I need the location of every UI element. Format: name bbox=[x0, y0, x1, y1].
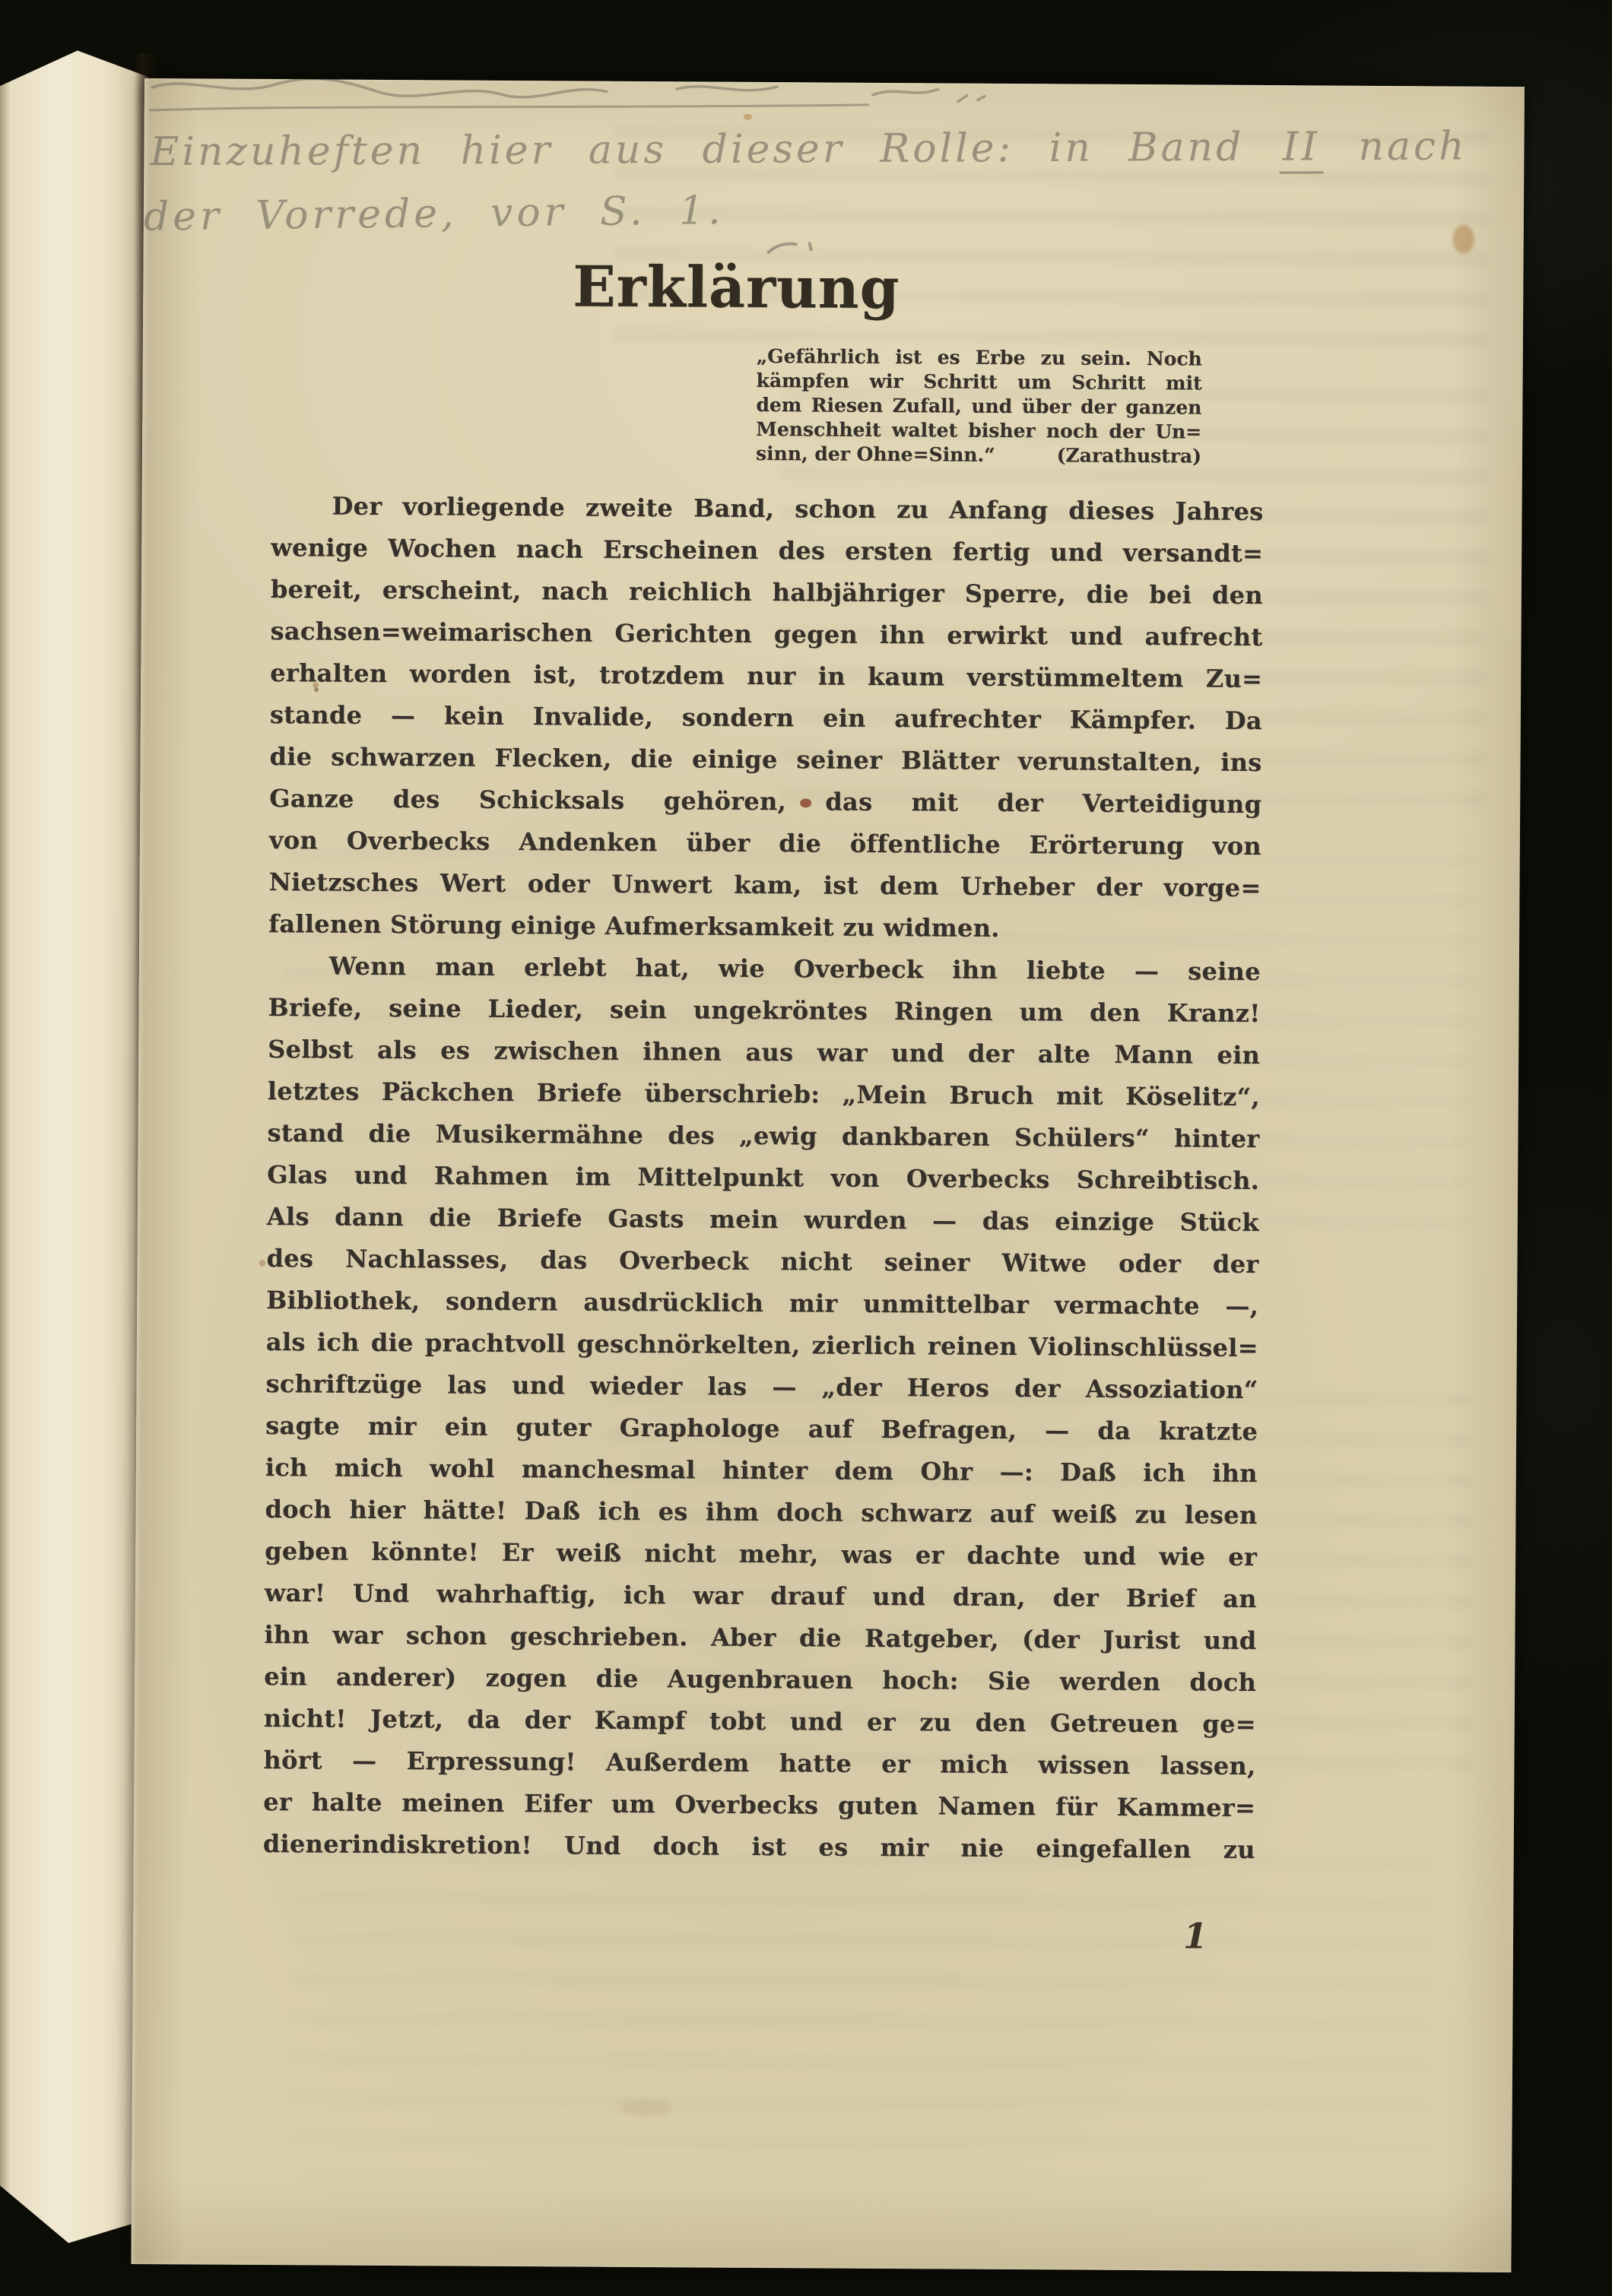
body-line: des Nachlasses, das Overbeck nicht seine… bbox=[266, 1238, 1258, 1286]
epigraph-line: dem Riesen Zufall, und über der ganzen bbox=[756, 393, 1201, 420]
epigraph-attribution: (Zarathustra) bbox=[1057, 443, 1202, 468]
body-line: ihn war schon geschrieben. Aber die Ratg… bbox=[264, 1614, 1256, 1662]
pencil-annotation-line1: Einzuheften hier aus dieser Rolle: in Ba… bbox=[150, 124, 1467, 176]
body-line: stand die Musikermähne des „ewig dankbar… bbox=[267, 1112, 1259, 1160]
body-line: war! Und wahrhaftig, ich war drauf und d… bbox=[265, 1572, 1257, 1620]
body-line: hört — Erpressung! Außerdem hatte er mic… bbox=[263, 1739, 1255, 1787]
body-line: Als dann die Briefe Gasts mein wurden — … bbox=[267, 1196, 1259, 1244]
scanned-book-photo: Einzuheften hier aus dieser Rolle: in Ba… bbox=[0, 0, 1612, 2296]
body-line: Der vorliegende zweite Band, schon zu An… bbox=[271, 485, 1263, 533]
body-line: Nietzsches Wert oder Unwert kam, ist dem… bbox=[268, 861, 1261, 909]
epigraph-line: Menschheit waltet bisher noch der Un= bbox=[756, 417, 1201, 445]
body-line: Selbst als es zwischen ihnen aus war und… bbox=[268, 1029, 1260, 1077]
pencil-annotation-line2: der Vorrede, vor S. 1. bbox=[144, 188, 725, 240]
body-line: doch hier hätte! Daß ich es ihm doch sch… bbox=[265, 1489, 1257, 1536]
body-line: erhalten worden ist, trotzdem nur in kau… bbox=[270, 652, 1262, 700]
body-line: sagte mir ein guter Graphologe auf Befra… bbox=[265, 1405, 1258, 1453]
annotation-text: Einzuheften hier aus dieser Rolle: in Ba… bbox=[150, 125, 1280, 175]
annotation-roman-numeral: II bbox=[1280, 124, 1323, 173]
signature-mark: 1 bbox=[1183, 1915, 1207, 1956]
body-line: stande — kein Invalide, sondern ein aufr… bbox=[270, 694, 1262, 742]
body-line: die schwarzen Flecken, die einige seiner… bbox=[269, 736, 1261, 784]
book-page: Einzuheften hier aus dieser Rolle: in Ba… bbox=[131, 78, 1525, 2272]
body-line: er halte meinen Eifer um Overbecks guten… bbox=[263, 1781, 1255, 1829]
foxing-spot bbox=[259, 1260, 265, 1267]
epigraph-last-line: sinn, der Ohne=Sinn.“(Zarathustra) bbox=[756, 442, 1201, 469]
foxing-spot bbox=[744, 114, 752, 120]
body-line: ich mich wohl manchesmal hinter dem Ohr … bbox=[265, 1447, 1258, 1495]
epigraph-line: kämpfen wir Schritt um Schritt mit bbox=[756, 369, 1201, 396]
body-line: wenige Wochen nach Erscheinen des ersten… bbox=[271, 527, 1263, 575]
body-line: Ganze des Schicksals gehören, das mit de… bbox=[269, 778, 1261, 826]
body-line: Bibliothek, sondern ausdrücklich mir unm… bbox=[266, 1280, 1258, 1327]
body-line: letztes Päckchen Briefe überschrieb: „Me… bbox=[268, 1070, 1260, 1118]
body-line: geben könnte! Er weiß nicht mehr, was er… bbox=[265, 1530, 1257, 1578]
body-line: fallenen Störung einige Aufmerksamkeit z… bbox=[268, 903, 1261, 951]
foxing-spot bbox=[619, 2100, 672, 2117]
epigraph: „Gefährlich ist es Erbe zu sein. Nochkäm… bbox=[756, 344, 1202, 469]
body-line: dienerindiskretion! Und doch ist es mir … bbox=[263, 1823, 1255, 1871]
body-line: als ich die prachtvoll geschnörkelten, z… bbox=[266, 1321, 1258, 1369]
page-title: Erklärung bbox=[439, 253, 1033, 322]
ink-stain bbox=[800, 798, 811, 807]
body-line: nicht! Jetzt, da der Kampf tobt und er z… bbox=[264, 1698, 1256, 1746]
body-text: Der vorliegende zweite Band, schon zu An… bbox=[263, 485, 1264, 1871]
body-line: von Overbecks Andenken über die öffentli… bbox=[269, 820, 1261, 867]
show-through-texture bbox=[291, 1850, 1434, 2184]
body-line: schriftzüge las und wieder las — „der He… bbox=[265, 1363, 1258, 1411]
book-fore-edge-pages bbox=[0, 40, 149, 2252]
foxing-spot bbox=[1453, 225, 1474, 254]
body-line: bereit, erscheint, nach reichlich halbjä… bbox=[271, 569, 1263, 617]
foxing-spot bbox=[314, 687, 319, 692]
annotation-text: nach bbox=[1323, 124, 1468, 170]
epigraph-text: sinn, der Ohne=Sinn.“ bbox=[756, 442, 995, 468]
body-line: ein anderer) zogen die Augenbrauen hoch:… bbox=[264, 1656, 1256, 1704]
epigraph-line: „Gefährlich ist es Erbe zu sein. Noch bbox=[757, 344, 1202, 372]
body-line: Briefe, seine Lieder, sein ungekröntes R… bbox=[268, 987, 1260, 1035]
body-line: Glas und Rahmen im Mittelpunkt von Overb… bbox=[267, 1154, 1259, 1202]
body-line: sachsen=weimarischen Gerichten gegen ihn… bbox=[270, 610, 1262, 658]
body-line: Wenn man erlebt hat, wie Overbeck ihn li… bbox=[268, 945, 1261, 993]
